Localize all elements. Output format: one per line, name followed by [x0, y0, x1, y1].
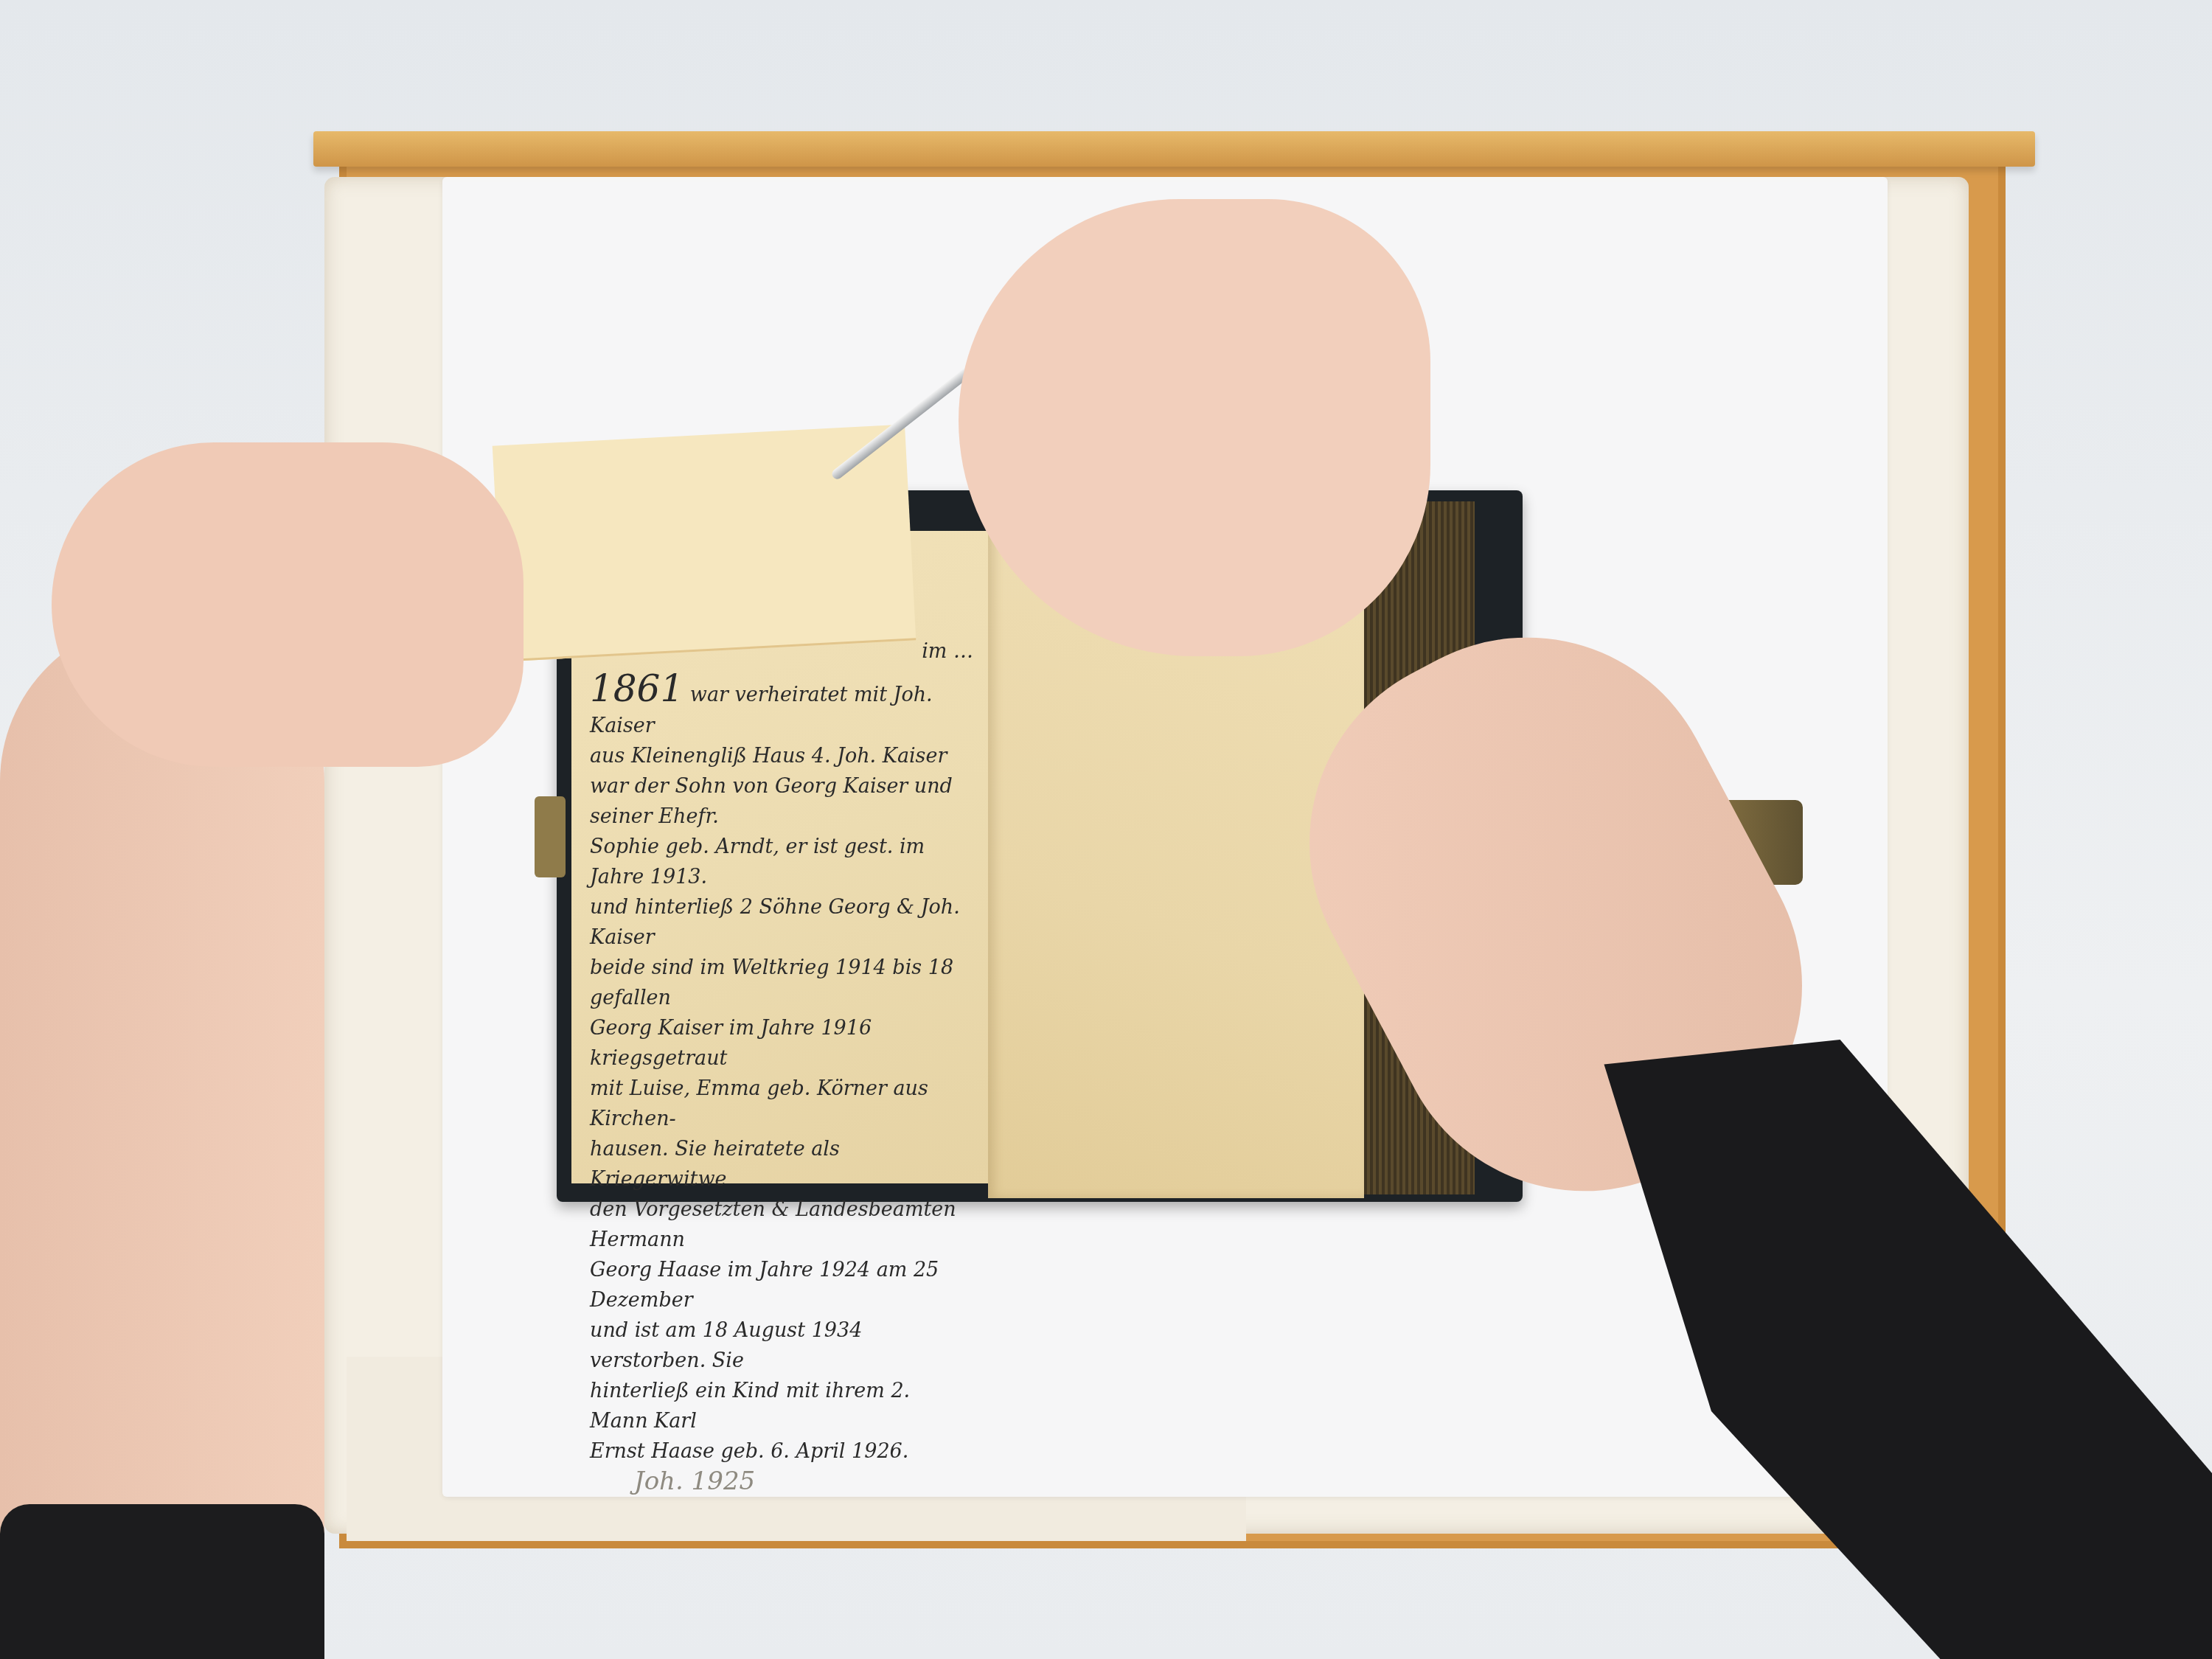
line: mit Luise, Emma geb. Körner aus Kirchen-: [590, 1074, 973, 1134]
year: 1861: [590, 667, 684, 710]
line: Georg Kaiser im Jahre 1916 kriegsgetraut: [590, 1013, 973, 1074]
line: aus Kleinengliß Haus 4. Joh. Kaiser: [590, 741, 973, 771]
left-sleeve: [0, 1504, 324, 1659]
left-hand: [52, 442, 524, 767]
drawer-front-rail: [313, 131, 2035, 167]
line: Ernst Haase geb. 6. April 1926.: [590, 1436, 973, 1467]
line: und hinterließ 2 Söhne Georg & Joh. Kais…: [590, 892, 973, 953]
line: hausen. Sie heiratete als Kriegerwitwe: [590, 1134, 973, 1194]
line: Sophie geb. Arndt, er ist gest. im Jahre…: [590, 832, 973, 892]
right-hand: [959, 199, 1430, 656]
line: beide sind im Weltkrieg 1914 bis 18 gefa…: [590, 953, 973, 1013]
pencil-note: Joh. 1925: [634, 1467, 973, 1497]
left-forearm: [0, 619, 324, 1659]
line: den Vorgesetzten & Landesbeamten Hermann: [590, 1194, 973, 1255]
line: und ist am 18 August 1934 verstorben. Si…: [590, 1315, 973, 1376]
line: hinterließ ein Kind mit ihrem 2. Mann Ka…: [590, 1376, 973, 1436]
line: war der Sohn von Georg Kaiser und seiner…: [590, 771, 973, 832]
clasp-hook: [535, 796, 566, 877]
line: Georg Haase im Jahre 1924 am 25 Dezember: [590, 1255, 973, 1315]
handwritten-entry: …10 … der … geboren am 26 Dezember im … …: [590, 546, 973, 1497]
